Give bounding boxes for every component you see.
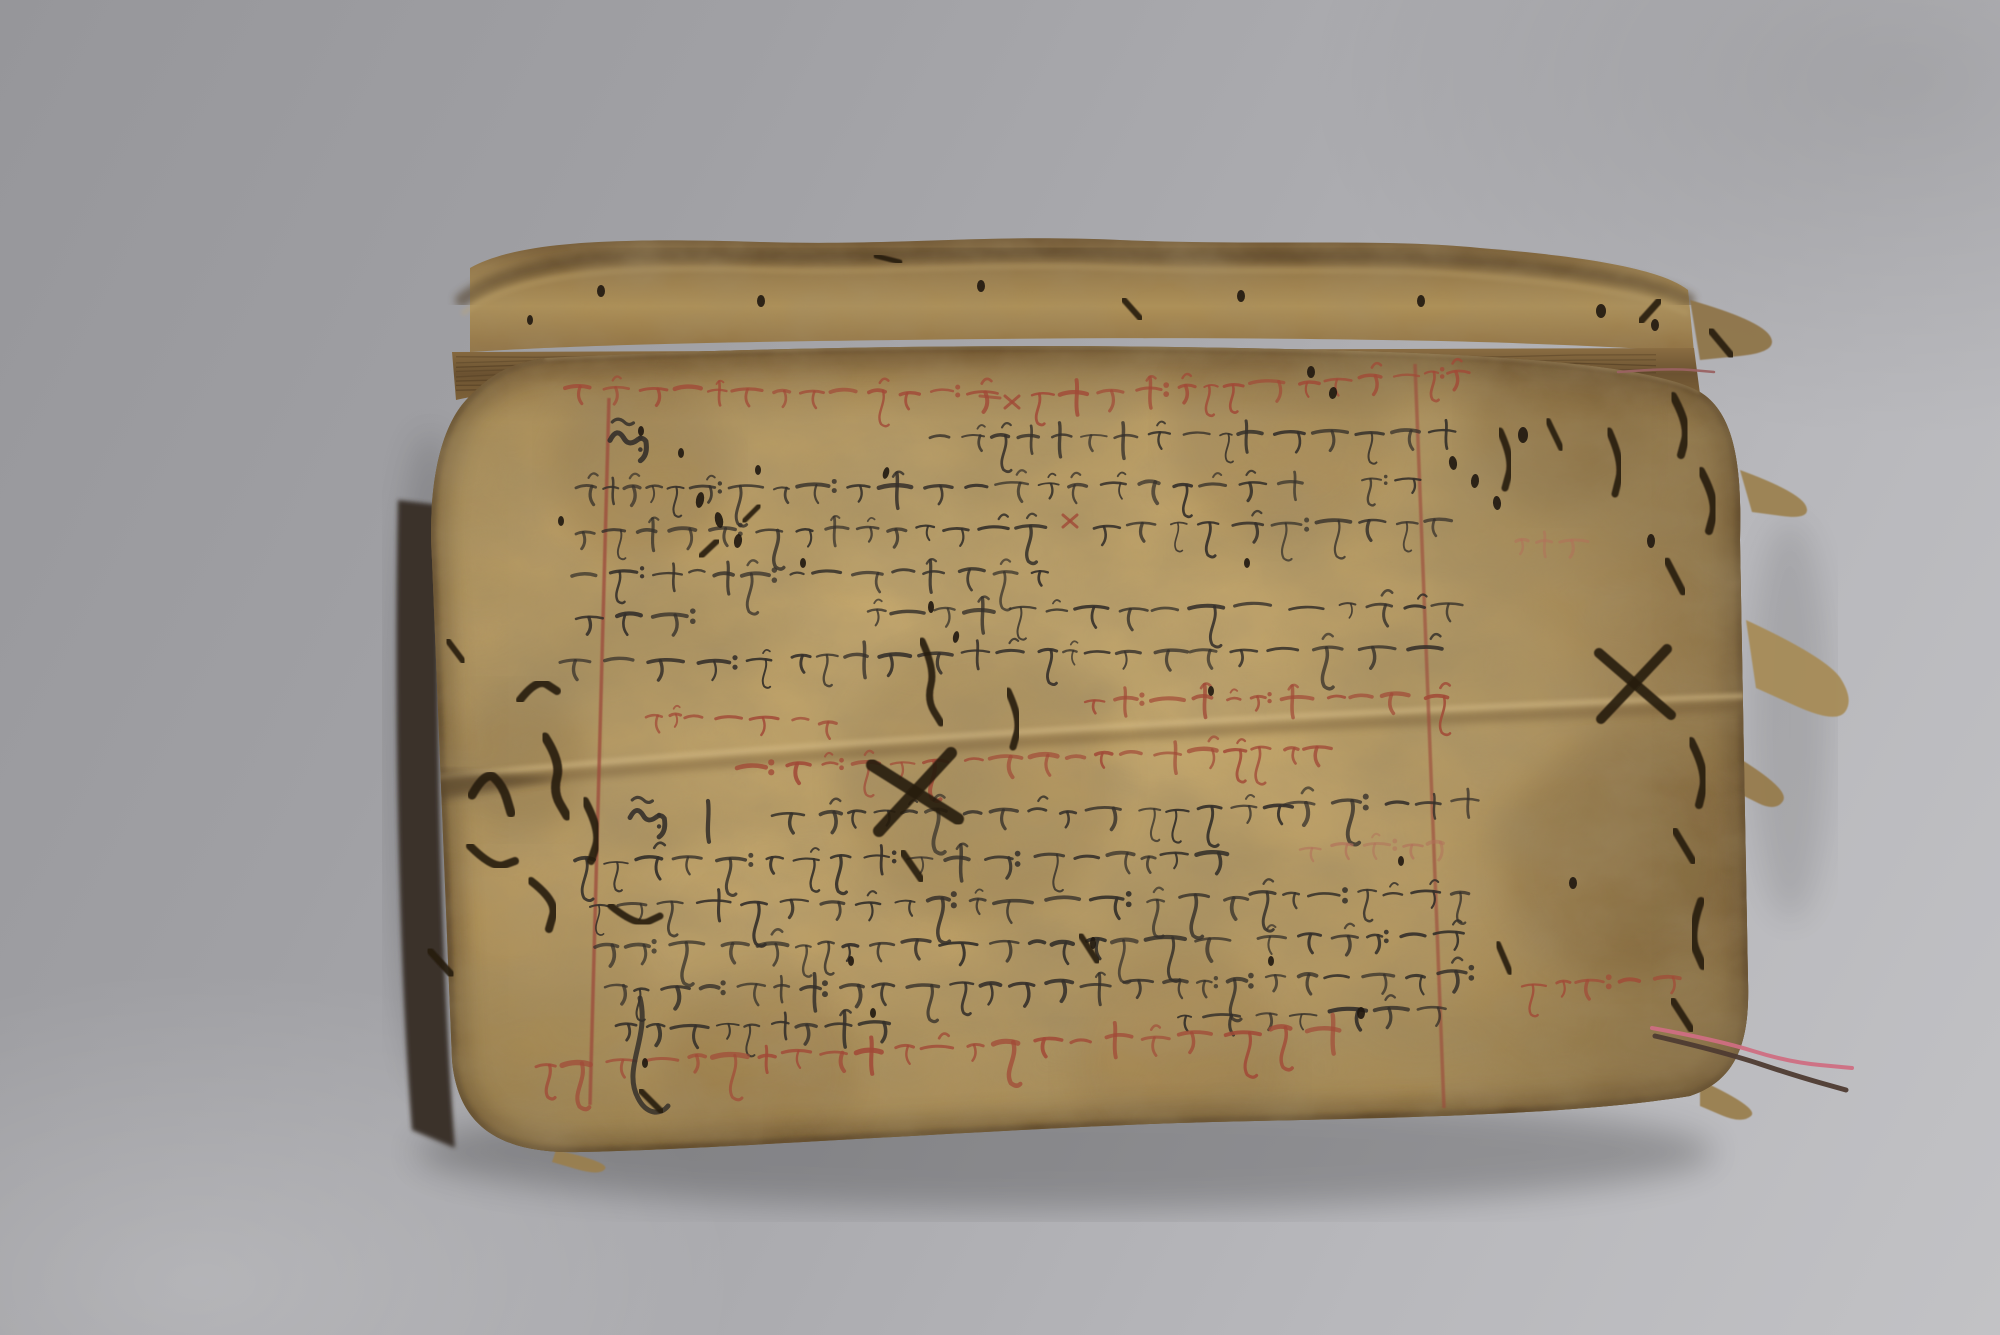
manuscript-photo: Photograph of an aged Tibetan manuscript…: [0, 0, 2000, 1335]
photo-backdrop: Photograph of an aged Tibetan manuscript…: [0, 0, 2000, 1335]
page-stack-top-edge: [462, 238, 1694, 352]
